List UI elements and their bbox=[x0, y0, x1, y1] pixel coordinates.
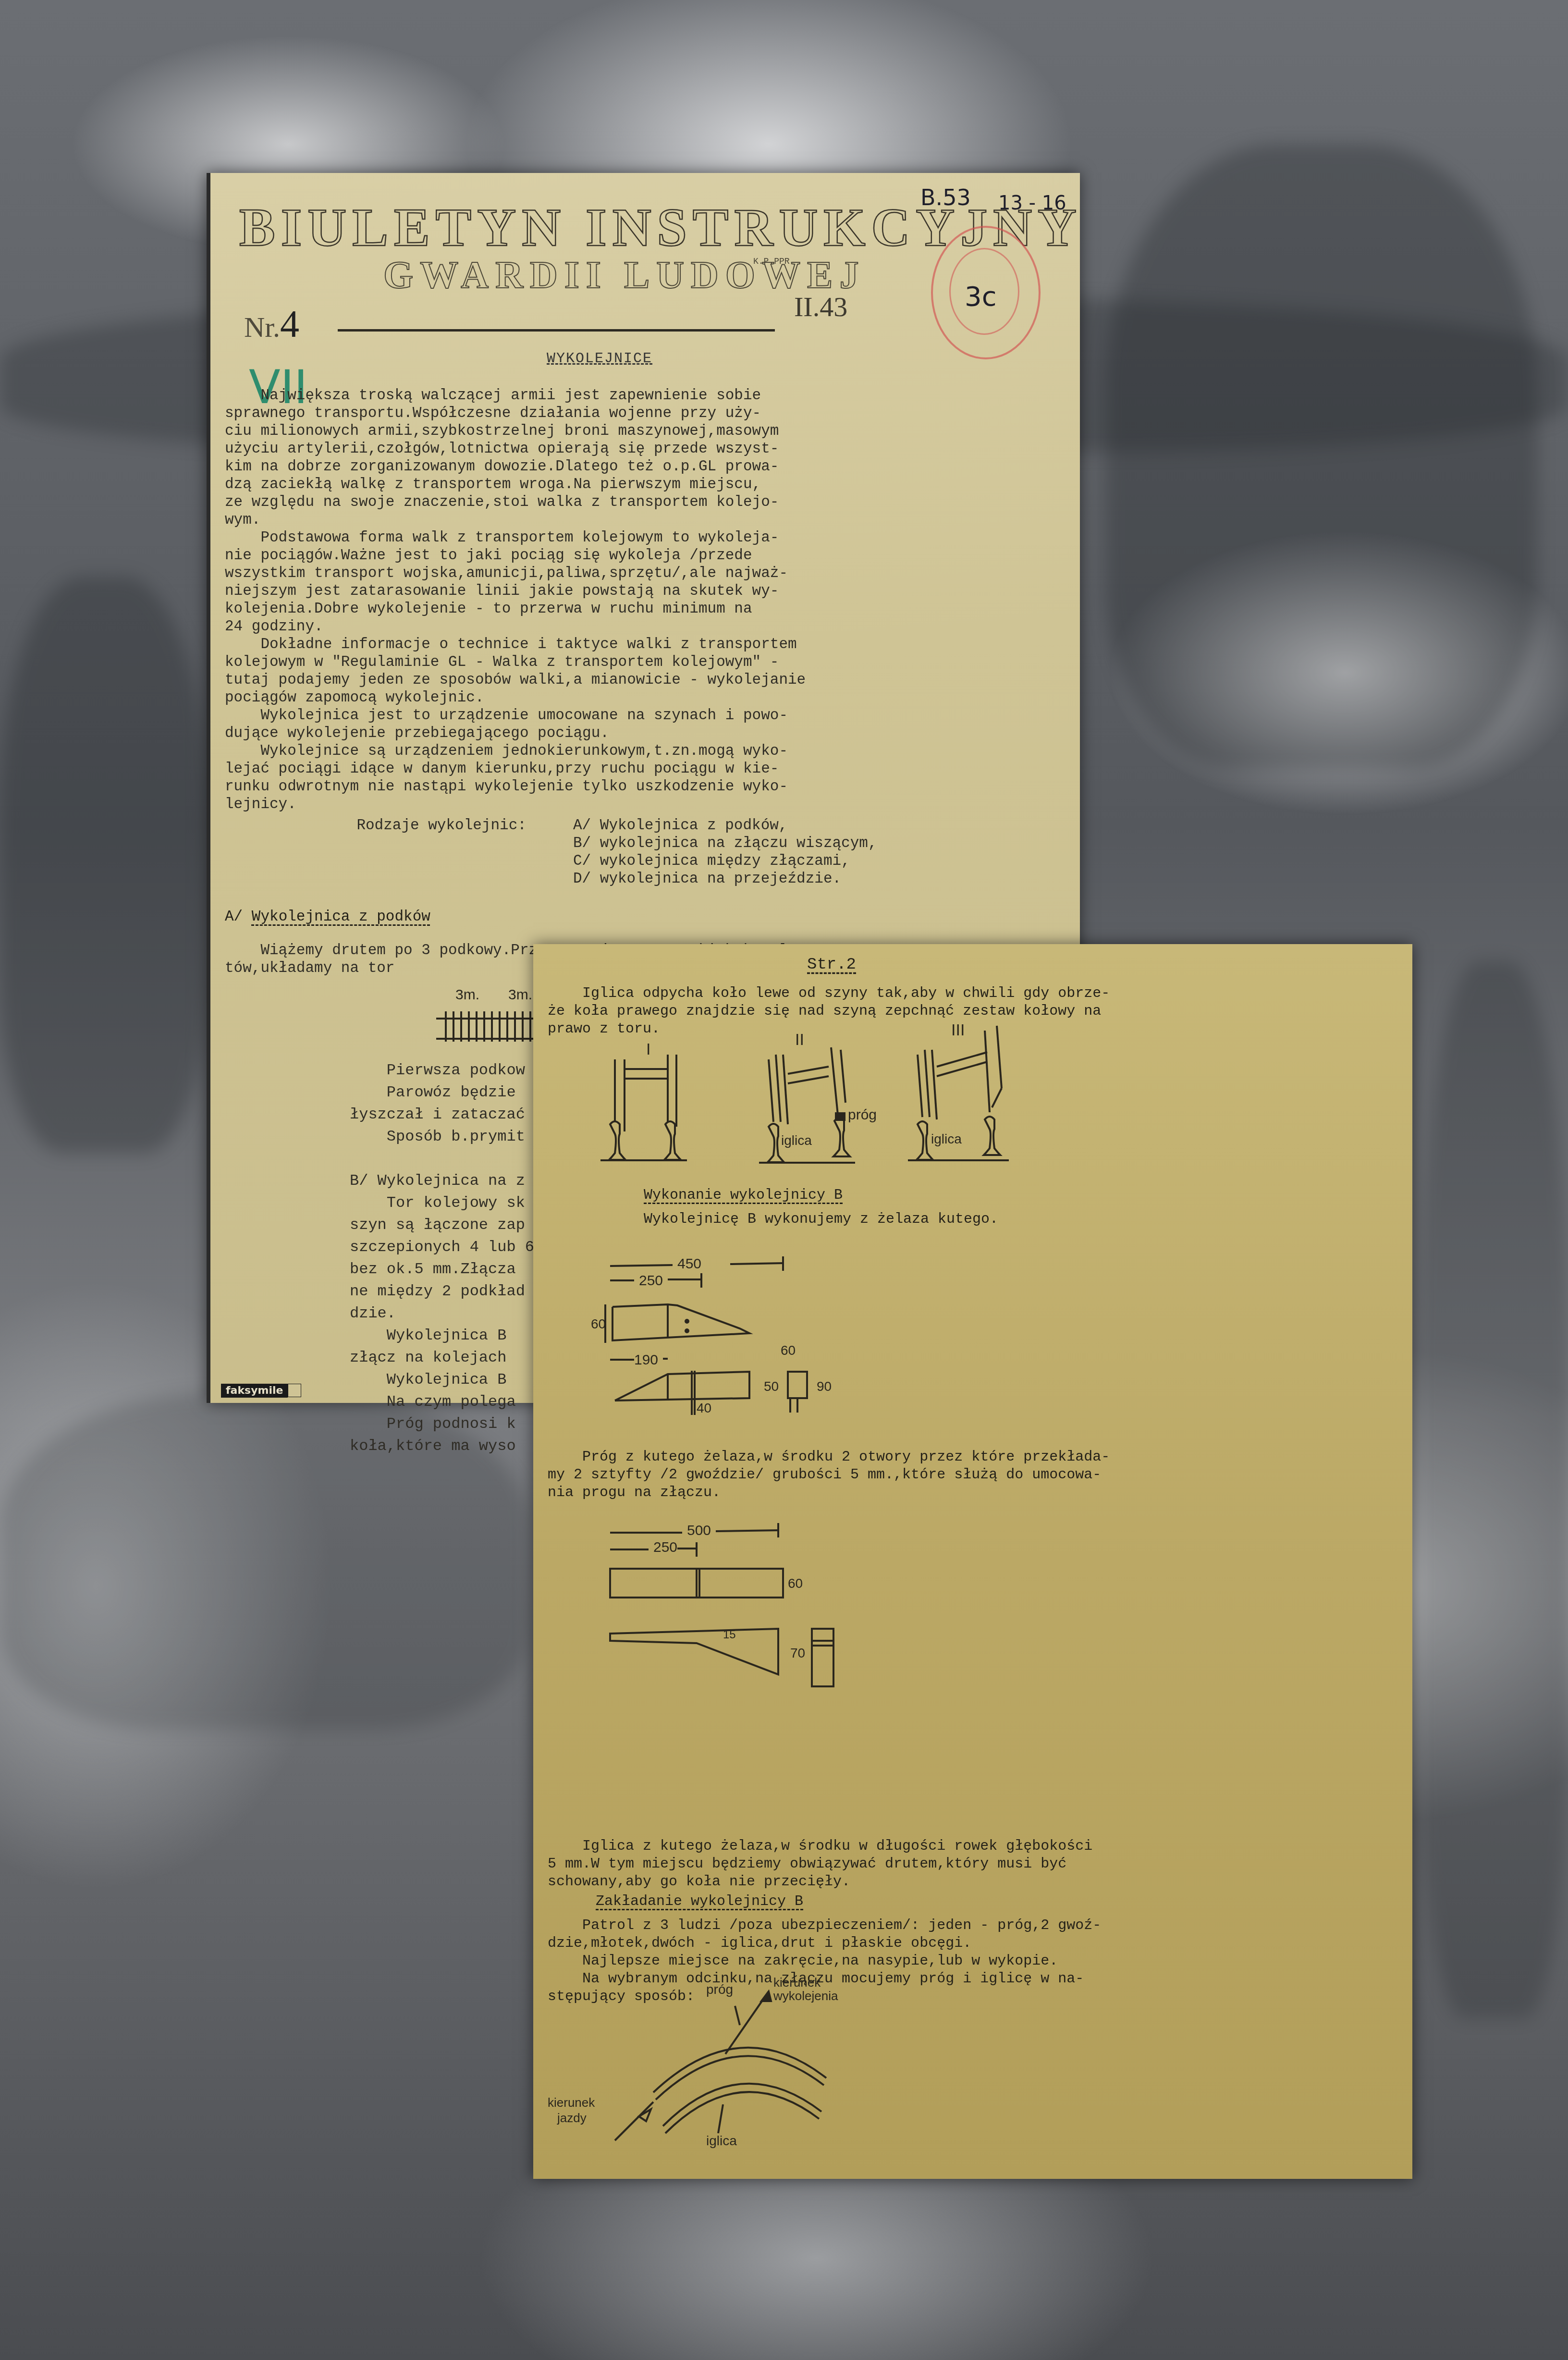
issue-number: Nr.4 bbox=[244, 303, 299, 346]
section-a-title: Wykolejnica z podków bbox=[252, 909, 430, 925]
wheelset-figures: I II próg iglica III igl bbox=[610, 1040, 1115, 1160]
section-make-heading: Wykonanie wykolejnicy B bbox=[644, 1187, 843, 1205]
threshold-drawing: 500 250 60 15 70 bbox=[605, 1511, 1086, 1713]
page-number: Str.2 bbox=[807, 956, 856, 974]
svg-text:450: 450 bbox=[677, 1256, 701, 1272]
svg-text:70: 70 bbox=[790, 1646, 805, 1660]
svg-text:40: 40 bbox=[697, 1401, 711, 1415]
figure-i: I bbox=[600, 1040, 687, 1160]
svg-text:60: 60 bbox=[591, 1316, 606, 1331]
svg-text:kierunek: kierunek bbox=[773, 1975, 821, 1990]
issue-date: II.43 bbox=[794, 291, 847, 323]
section-install-heading: Zakładanie wykolejnicy B bbox=[596, 1893, 803, 1911]
svg-text:250: 250 bbox=[653, 1539, 677, 1555]
svg-text:jazdy: jazdy bbox=[557, 2111, 587, 2125]
masthead-imprint: K.P.PPR bbox=[753, 257, 790, 267]
masthead-subtitle: GWARDII LUDOWEJ bbox=[383, 254, 865, 297]
svg-text:III: III bbox=[951, 1021, 965, 1039]
handwritten-range: 13 - 16 bbox=[998, 192, 1066, 214]
issue-label: Nr. bbox=[244, 311, 280, 343]
svg-text:iglica: iglica bbox=[931, 1131, 962, 1146]
curve-placement-diagram: próg kierunek wykolejenia kierunek jazdy… bbox=[596, 1996, 932, 2150]
dim-label: 3m. bbox=[455, 987, 479, 1003]
figure-iii: III iglica bbox=[908, 1021, 1009, 1160]
section-a-prefix: A/ bbox=[225, 909, 243, 925]
dim-label: 3m. bbox=[508, 987, 532, 1003]
publisher-badge: faksymile bbox=[221, 1384, 301, 1398]
issue-number-value: 4 bbox=[280, 303, 299, 345]
svg-text:50: 50 bbox=[764, 1379, 779, 1394]
backdrop-shadow bbox=[0, 577, 207, 1153]
intro-text: Iglica odpycha koło lewe od szyny tak,ab… bbox=[548, 985, 1110, 1038]
svg-text:próg: próg bbox=[706, 1982, 733, 1997]
backdrop-shadow bbox=[1105, 144, 1537, 769]
masthead-rule bbox=[338, 329, 775, 332]
badge-number-box bbox=[288, 1384, 301, 1397]
backdrop-shadow bbox=[1417, 961, 1568, 2018]
fragment-text: Pierwsza podkow Parowóz będzie łyszczał … bbox=[350, 1059, 543, 1457]
needle-text: Iglica z kutego żelaza,w środku w długoś… bbox=[548, 1838, 1092, 1891]
handwritten-stamp-number: 3c bbox=[965, 281, 996, 312]
svg-text:190: 190 bbox=[634, 1352, 658, 1368]
svg-text:II: II bbox=[795, 1031, 804, 1049]
bulletin-page-2: Str.2 Iglica odpycha koło lewe od szyny … bbox=[533, 944, 1412, 2179]
section-heading: WYKOLEJNICE bbox=[547, 351, 652, 367]
svg-text:15: 15 bbox=[723, 1628, 736, 1641]
handwritten-ref: B.53 bbox=[920, 184, 971, 210]
svg-text:I: I bbox=[646, 1040, 650, 1058]
svg-text:próg: próg bbox=[848, 1107, 877, 1123]
publisher-badge-label: faksymile bbox=[221, 1384, 288, 1398]
svg-text:250: 250 bbox=[639, 1273, 663, 1289]
horseshoe-track-diagram: 3m. 3m. bbox=[436, 985, 542, 1043]
svg-text:iglica: iglica bbox=[781, 1133, 812, 1148]
figure-ii: II próg iglica bbox=[759, 1031, 877, 1163]
threshold-text: Próg z kutego żelaza,w środku 2 otwory p… bbox=[548, 1449, 1110, 1502]
section-a-heading: A/ Wykolejnica z podków bbox=[225, 908, 430, 926]
svg-text:iglica: iglica bbox=[706, 2133, 737, 2148]
svg-text:60: 60 bbox=[781, 1343, 796, 1358]
section-make-text: Wykolejnicę B wykonujemy z żelaza kutego… bbox=[644, 1211, 998, 1229]
types-label: Rodzaje wykolejnic: bbox=[321, 817, 527, 835]
svg-text:wykolejenia: wykolejenia bbox=[773, 1989, 838, 2003]
body-text: Największa troską walczącej armii jest z… bbox=[225, 387, 806, 813]
svg-text:90: 90 bbox=[817, 1379, 832, 1394]
svg-text:kierunek: kierunek bbox=[548, 2095, 595, 2110]
svg-text:60: 60 bbox=[788, 1576, 803, 1591]
types-list: A/ Wykolejnica z podków, B/ wykolejnica … bbox=[573, 817, 877, 888]
svg-text:500: 500 bbox=[687, 1523, 711, 1538]
